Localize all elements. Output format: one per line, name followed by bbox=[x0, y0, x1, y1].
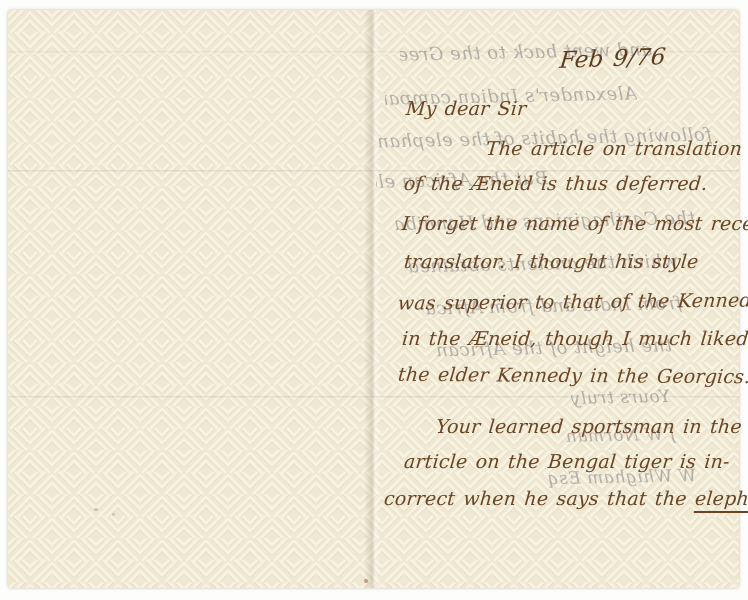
letter-line: I forget the name of the most recent bbox=[401, 213, 748, 235]
letter-line: The article on translation bbox=[485, 138, 743, 160]
letter-scan: and went back to the Greek through Alexa… bbox=[0, 0, 748, 600]
letter-line: was superior to that of the Kennedys bbox=[397, 289, 748, 314]
date-line: Feb 9/76 bbox=[558, 44, 667, 74]
letter-line-text: correct when he says that the bbox=[383, 488, 696, 510]
paper-sheet: and went back to the Greek through Alexa… bbox=[8, 10, 739, 588]
letter-line: translator. I thought his style bbox=[403, 251, 699, 273]
letter-line: in the Æneid, though I much liked bbox=[401, 328, 748, 350]
letter-line: correct when he says that the elephant bbox=[383, 488, 748, 510]
center-fold bbox=[364, 10, 382, 588]
bleedthrough-signoff: Yours truly bbox=[558, 387, 670, 409]
letter-line: Your learned sportsman in the bbox=[435, 416, 743, 438]
letter-line: the elder Kennedy in the Georgics. bbox=[397, 364, 748, 388]
letter-line: article on the Bengal tiger is in- bbox=[403, 451, 731, 473]
letter-line: of the Æneid is thus deferred. bbox=[403, 173, 708, 195]
salutation: My dear Sir bbox=[405, 98, 527, 120]
underlined-word: elephant bbox=[694, 488, 748, 513]
foxing-spot bbox=[364, 579, 368, 583]
page-left-blank bbox=[8, 10, 364, 588]
